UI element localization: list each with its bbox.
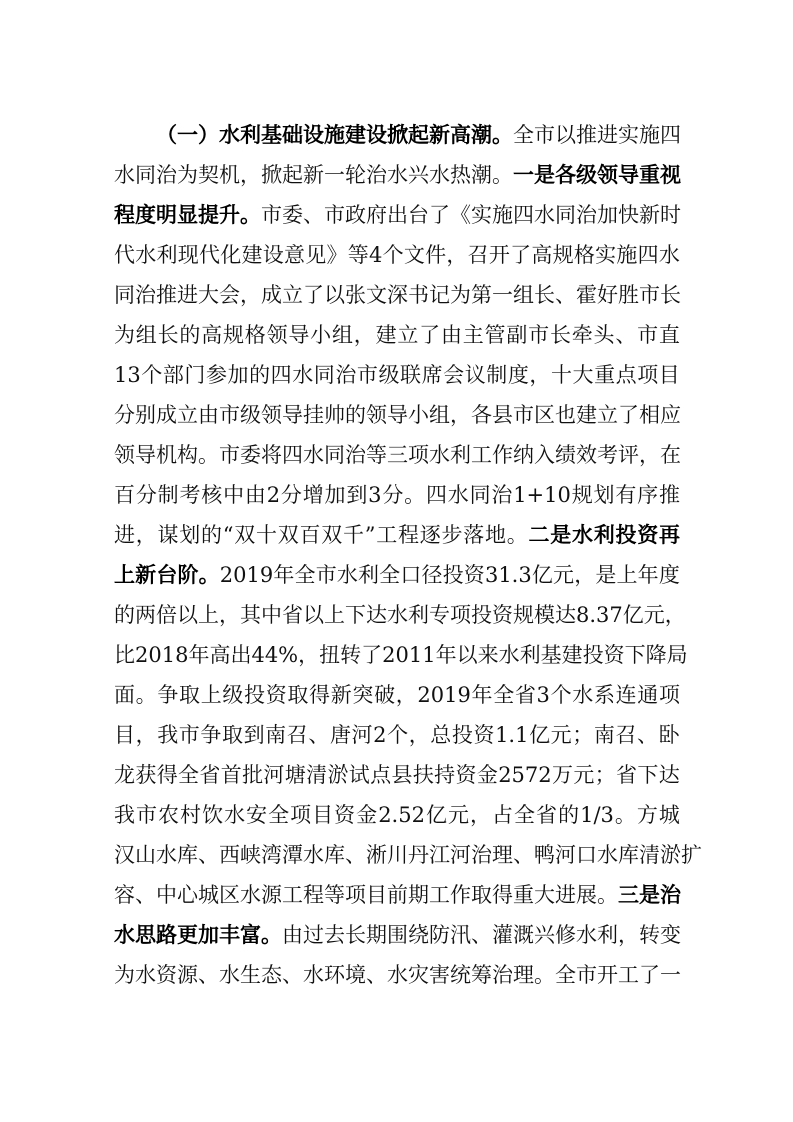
body-text: 效 (576, 435, 597, 475)
body-text: 我 (114, 795, 135, 835)
body-text: 丹 (408, 835, 429, 875)
body-text: 目 (659, 355, 680, 395)
body-text: 四 (426, 475, 447, 515)
body-text: 扶 (413, 755, 434, 795)
body-text: 、 (471, 915, 492, 955)
bold-heading-text: 再 (659, 515, 680, 555)
bold-heading-text: 施 (324, 115, 345, 155)
text-line: 比2018年高出44%，扭转了2011年以来水利基建投资下降局 (114, 635, 680, 675)
body-text: ” (365, 515, 376, 555)
body-text: 2572 (498, 755, 551, 795)
body-text: 绩 (555, 435, 576, 475)
body-text: 突 (352, 675, 373, 715)
bold-heading-text: 新 (135, 555, 156, 595)
body-text: 召 (615, 715, 636, 755)
body-text: 十 (256, 515, 277, 555)
body-text: 长 (550, 315, 571, 355)
body-text: 等 (324, 875, 345, 915)
body-text: 制 (158, 475, 179, 515)
body-text: 年 (472, 675, 493, 715)
body-text: 。 (198, 435, 219, 475)
body-text: 工 (282, 875, 303, 915)
body-text: ， (450, 395, 471, 435)
text-line: 程度明显提升。市委、市政府出台了《实施四水同治加快新时 (114, 195, 680, 235)
body-text: 元 (644, 595, 665, 635)
body-text: 降 (646, 635, 667, 675)
body-text: 潮 (471, 155, 492, 195)
body-text: 高 (201, 315, 222, 355)
body-text: 治 (471, 835, 492, 875)
bold-heading-text: 程 (114, 195, 135, 235)
body-text: 通 (637, 675, 658, 715)
body-text: 考 (179, 475, 200, 515)
bold-heading-text: 是 (639, 875, 660, 915)
body-text: 领 (114, 435, 135, 475)
body-text: 全 (493, 675, 514, 715)
body-text: 核 (201, 475, 222, 515)
bold-heading-text: 三 (618, 875, 639, 915)
body-text: 开 (597, 955, 618, 995)
body-text: 2 (373, 715, 386, 755)
body-text: 南 (265, 715, 286, 755)
body-text: 纳 (513, 435, 534, 475)
body-text: 。 (404, 475, 425, 515)
body-text: 部 (163, 355, 184, 395)
text-line: 龙获得全省首批河塘清淤试点县扶持资金2572万元；省下达 (114, 755, 680, 795)
body-text: 清 (306, 755, 327, 795)
body-text: 。 (534, 955, 555, 995)
text-line: 面。争取上级投资取得新突破，2019年全省3个水系连通项 (114, 675, 680, 715)
body-text: 水 (114, 155, 135, 195)
body-text: 了 (618, 395, 639, 435)
body-text: 、 (513, 835, 534, 875)
body-text: ， (240, 275, 261, 315)
body-text: 张 (345, 275, 366, 315)
body-text: 水 (448, 475, 469, 515)
body-text: 汉 (114, 835, 135, 875)
body-text: 机 (219, 155, 240, 195)
body-text: 市 (219, 395, 240, 435)
body-text: 级 (378, 355, 399, 395)
document-page: （一）水利基础设施建设掀起新高潮。全市以推进实施四水同治为契机，掀起新一轮治水兴… (0, 0, 793, 1122)
body-text: 2019 (220, 555, 273, 595)
body-text: 环 (324, 955, 345, 995)
body-text: 河 (263, 755, 284, 795)
body-text: 以 (177, 595, 198, 635)
body-text: 小 (310, 315, 331, 355)
body-text: 试 (349, 755, 370, 795)
body-text: 清 (639, 835, 660, 875)
bold-heading-text: 重 (639, 155, 660, 195)
body-text: 增 (303, 475, 324, 515)
body-text: 中 (156, 875, 177, 915)
body-text: 格 (574, 235, 595, 275)
body-text: 四 (660, 115, 681, 155)
body-text: 市 (534, 115, 555, 155)
body-text: 、 (345, 835, 366, 875)
body-text: 生 (240, 955, 261, 995)
body-text: 、 (303, 195, 324, 235)
body-text: 防 (429, 915, 450, 955)
body-text: 格 (245, 315, 266, 355)
body-text: 模 (534, 595, 555, 635)
body-text: 系 (594, 675, 615, 715)
body-text: 取 (471, 875, 492, 915)
body-text: 进 (177, 275, 198, 315)
body-text: 划 (594, 475, 615, 515)
body-text: 第 (471, 275, 492, 315)
body-text: 治 (335, 355, 356, 395)
body-text: 一 (660, 955, 681, 995)
body-text: 大 (198, 275, 219, 315)
body-text: 为 (114, 955, 135, 995)
body-text: 年 (436, 635, 457, 675)
body-text: 施 (639, 115, 660, 155)
body-text: 作 (450, 875, 471, 915)
body-text: 深 (387, 275, 408, 315)
body-text: 制 (486, 355, 507, 395)
bold-heading-text: 。 (492, 115, 513, 155)
body-text: 工 (471, 435, 492, 475)
body-text: 实 (471, 195, 492, 235)
body-text: 的 (114, 595, 135, 635)
body-text: 个 (387, 715, 408, 755)
body-text: 得 (309, 675, 330, 715)
body-text: 投 (452, 715, 473, 755)
body-text: 全 (379, 555, 400, 595)
bold-heading-text: 二 (529, 515, 550, 555)
body-text: 点 (616, 355, 637, 395)
body-text: 年 (273, 555, 294, 595)
bold-heading-text: 起 (408, 115, 429, 155)
body-text: 库 (324, 835, 345, 875)
body-text: 资 (492, 595, 513, 635)
body-text: 水 (534, 195, 555, 235)
body-text: 组 (136, 315, 157, 355)
body-text: 利 (408, 595, 429, 635)
body-text: 的 (201, 515, 222, 555)
body-text: 大 (573, 355, 594, 395)
body-text: 起 (282, 155, 303, 195)
bold-heading-text: 投 (616, 515, 637, 555)
body-text: 取 (287, 675, 308, 715)
text-line: 进，谋划的“双十双百双千”工程逐步落地。二是水利投资再 (114, 515, 680, 555)
body-text: 划 (179, 515, 200, 555)
body-text: 过 (303, 915, 324, 955)
body-text: 建 (376, 315, 397, 355)
body-text: 河 (352, 715, 373, 755)
body-text: 、 (198, 835, 219, 875)
body-text: 程 (303, 875, 324, 915)
body-text: 水 (156, 835, 177, 875)
body-text: 市 (324, 195, 345, 235)
body-text: 2019 (417, 675, 470, 715)
body-text: 达 (555, 595, 576, 635)
body-text: 两 (135, 595, 156, 635)
body-text: 湾 (261, 835, 282, 875)
body-text: 境 (345, 955, 366, 995)
body-text: 水 (429, 435, 450, 475)
body-text: 水 (387, 155, 408, 195)
body-text: 点 (370, 755, 391, 795)
body-text: 潭 (282, 835, 303, 875)
body-text: ， (665, 595, 686, 635)
body-text: 、 (135, 875, 156, 915)
body-text: 百 (114, 475, 135, 515)
body-text: 工 (618, 955, 639, 995)
body-text: 利 (597, 915, 618, 955)
body-text: 年 (188, 635, 209, 675)
body-text: 千 (343, 515, 364, 555)
body-text: 别 (135, 395, 156, 435)
body-text: 立 (397, 315, 418, 355)
body-text: 分 (114, 395, 135, 435)
body-text: 机 (156, 435, 177, 475)
text-line: 百分制考核中由2分增加到3分。四水同治1+10规划有序推 (114, 475, 680, 515)
body-text: 中 (261, 595, 282, 635)
body-text: 利 (157, 235, 178, 275)
body-text: 库 (177, 835, 198, 875)
body-text: 治 (492, 955, 513, 995)
body-text: 水 (597, 835, 618, 875)
body-text: 鸭 (534, 835, 555, 875)
text-line: 上新台阶。2019年全市水利全口径投资31.3亿元，是上年度 (114, 555, 680, 595)
bold-heading-text: 路 (156, 915, 177, 955)
body-text: 绕 (408, 915, 429, 955)
body-text: 入 (534, 435, 555, 475)
body-text: 的 (558, 795, 579, 835)
text-line: 同治推进大会，成立了以张文深书记为第一组长、霍好胜市长 (114, 275, 680, 315)
bold-heading-text: 治 (660, 875, 681, 915)
bold-heading-text: 丰 (219, 915, 240, 955)
body-text: ， (240, 155, 261, 195)
body-text: 面 (114, 675, 135, 715)
body-text: 元 (551, 715, 572, 755)
body-text: 连 (616, 675, 637, 715)
body-text: 饮 (202, 795, 223, 835)
body-text: 个 (551, 675, 572, 715)
body-text: 市 (219, 435, 240, 475)
body-text: 达 (366, 595, 387, 635)
bold-heading-text: 是 (550, 515, 571, 555)
body-text: “ (223, 515, 234, 555)
bold-heading-text: 各 (555, 155, 576, 195)
body-text: 以 (324, 275, 345, 315)
body-text: 市 (316, 555, 337, 595)
body-text: 以 (457, 635, 478, 675)
body-text: 江 (429, 835, 450, 875)
body-text: 、 (615, 315, 636, 355)
body-text: 进 (555, 875, 576, 915)
body-text: 同 (324, 435, 345, 475)
body-text: 双 (234, 515, 255, 555)
body-text: 副 (506, 315, 527, 355)
body-text: 元 (573, 755, 594, 795)
text-line: 为水资源、水生态、水环境、水灾害统筹治理。全市开工了一 (114, 955, 680, 995)
body-text: 四 (282, 435, 303, 475)
body-text: 全 (268, 795, 289, 835)
body-text: ， (618, 915, 639, 955)
body-text: 分 (382, 475, 403, 515)
body-text: 、 (308, 715, 329, 755)
body-text: 成 (156, 395, 177, 435)
body-text: 上 (617, 555, 638, 595)
body-text: 4 (369, 235, 382, 275)
body-text: ， (298, 635, 319, 675)
body-text: 态 (261, 955, 282, 995)
body-text: 分 (281, 475, 302, 515)
body-text: 、 (555, 275, 576, 315)
body-text: 全 (513, 115, 534, 155)
body-text: 水 (224, 795, 245, 835)
body-text: 口 (400, 555, 421, 595)
body-text: 委 (282, 195, 303, 235)
body-text: 度 (508, 355, 529, 395)
body-text: 规 (223, 315, 244, 355)
body-text: 长 (660, 275, 681, 315)
body-text: 8.37 (576, 595, 623, 635)
body-text: 峡 (240, 835, 261, 875)
body-text: 水 (240, 875, 261, 915)
body-text: 召 (468, 235, 489, 275)
body-text: 、 (366, 955, 387, 995)
body-text: 级 (240, 395, 261, 435)
body-text: 。 (615, 795, 636, 835)
body-text: 长 (345, 915, 366, 955)
body-text: 市 (357, 355, 378, 395)
body-text: 2.52 (378, 795, 425, 835)
bold-heading-text: 潮 (471, 115, 492, 155)
body-text: 意 (284, 235, 305, 275)
body-text: 亿 (426, 795, 447, 835)
body-text: 记 (429, 275, 450, 315)
bold-heading-text: 明 (156, 195, 177, 235)
body-text: 1.1 (495, 715, 528, 755)
body-text: 市 (136, 795, 157, 835)
body-text: 见 (305, 235, 326, 275)
body-text: 1+10 (513, 475, 571, 515)
body-text: 水 (219, 955, 240, 995)
body-text: 市 (513, 395, 534, 435)
body-text: 召 (287, 715, 308, 755)
body-text: 了 (419, 315, 440, 355)
body-text: 新 (331, 675, 352, 715)
body-text: 害 (429, 955, 450, 995)
body-text: 汛 (450, 915, 471, 955)
body-text: 轮 (345, 155, 366, 195)
body-text: 水 (429, 155, 450, 195)
body-text: 农 (158, 795, 179, 835)
body-text: 领 (366, 395, 387, 435)
body-text: 资 (156, 955, 177, 995)
body-text: 规 (513, 595, 534, 635)
body-text: 由 (282, 915, 303, 955)
body-text: 下 (637, 755, 658, 795)
body-text: 区 (219, 875, 240, 915)
body-text: 川 (387, 835, 408, 875)
body-text: 44% (251, 635, 298, 675)
bold-heading-text: ） (198, 115, 219, 155)
body-text: 契 (198, 155, 219, 195)
body-text: 建 (562, 635, 583, 675)
bold-heading-text: 设 (366, 115, 387, 155)
bold-heading-text: 上 (114, 555, 135, 595)
body-text: 由 (198, 395, 219, 435)
body-text: 金 (477, 755, 498, 795)
body-text: 市 (637, 315, 658, 355)
body-text: 径 (421, 555, 442, 595)
body-text: 容 (114, 875, 135, 915)
body-text: 下 (345, 595, 366, 635)
body-text: 出 (387, 195, 408, 235)
body-text: 推 (659, 475, 680, 515)
body-text: 期 (366, 915, 387, 955)
body-text: 为 (114, 315, 135, 355)
bold-heading-text: 显 (177, 195, 198, 235)
body-text: 上 (198, 595, 219, 635)
body-text: 百 (300, 515, 321, 555)
body-text: 源 (261, 875, 282, 915)
body-text: 评 (618, 435, 639, 475)
body-text: 了 (429, 195, 450, 235)
bold-heading-text: 更 (177, 915, 198, 955)
bold-heading-text: 升 (219, 195, 240, 235)
body-text: 项 (659, 675, 680, 715)
body-text: 应 (660, 395, 681, 435)
body-text: 了 (510, 235, 531, 275)
body-text: 资 (456, 755, 477, 795)
text-line: 的两倍以上，其中省以上下达水利专项投资规模达8.37亿元， (114, 595, 680, 635)
body-text: 导 (135, 435, 156, 475)
body-text: 水 (576, 915, 597, 955)
body-text: 快 (618, 195, 639, 235)
body-text: 长 (534, 275, 555, 315)
body-text: 利 (450, 435, 471, 475)
body-text: 中 (223, 475, 244, 515)
body-text: 转 (340, 635, 361, 675)
body-text: 管 (485, 315, 506, 355)
body-text: 兴 (534, 915, 555, 955)
body-text: 3 (368, 475, 381, 515)
bold-heading-text: （ (156, 115, 177, 155)
body-text: 推 (576, 115, 597, 155)
body-text: 元 (448, 795, 469, 835)
bold-heading-text: 思 (135, 915, 156, 955)
body-text: 水 (387, 955, 408, 995)
body-text: 利 (520, 635, 541, 675)
body-text: 省 (515, 675, 536, 715)
body-text: 省 (616, 755, 637, 795)
body-text: 会 (219, 275, 240, 315)
body-text: 为 (177, 155, 198, 195)
body-text: 比 (114, 635, 135, 675)
body-text: 治 (156, 155, 177, 195)
text-line: 代水利现代化建设意见》等4个文件，召开了高规格实施四水 (114, 235, 680, 275)
body-text: 参 (206, 355, 227, 395)
bold-heading-text: 提 (198, 195, 219, 235)
body-text: 龙 (114, 755, 135, 795)
body-text: 项 (408, 435, 429, 475)
body-text: 等 (366, 435, 387, 475)
body-text: 为 (450, 275, 471, 315)
body-text: 件 (425, 235, 446, 275)
body-text: 府 (366, 195, 387, 235)
body-text: 实 (595, 235, 616, 275)
body-text: 领 (267, 315, 288, 355)
body-text: 批 (242, 755, 263, 795)
body-text: 项 (345, 875, 366, 915)
body-text: 得 (492, 875, 513, 915)
